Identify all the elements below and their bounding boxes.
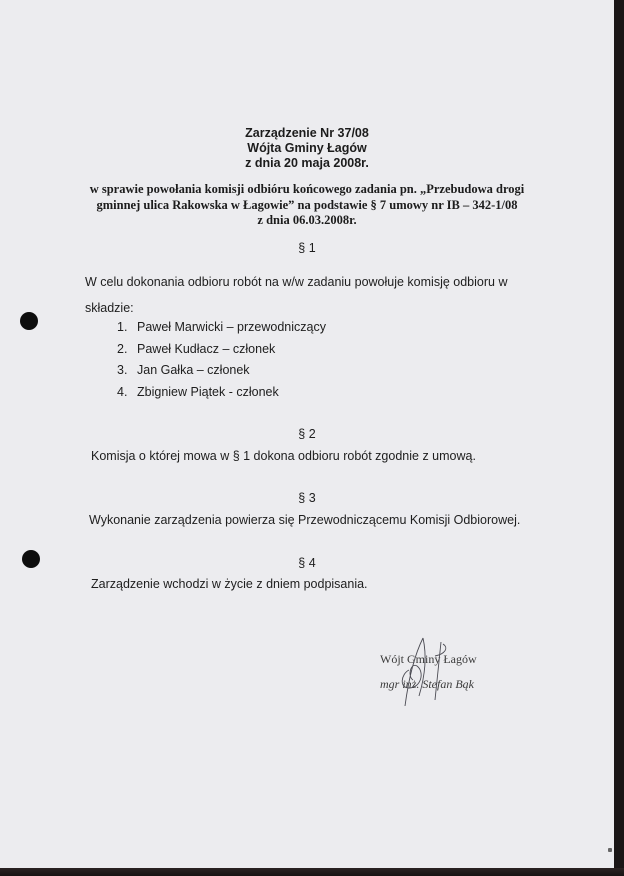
section-3-heading: § 3: [0, 491, 614, 505]
list-number: 3.: [117, 363, 137, 377]
member-name: Zbigniew Piątek - członek: [137, 385, 279, 399]
member-name: Paweł Kudłacz – członek: [137, 342, 275, 356]
member-list-item: 1.Paweł Marwicki – przewodniczący: [117, 320, 326, 334]
scanned-page: Zarządzenie Nr 37/08 Wójta Gminy Łagów z…: [0, 0, 614, 868]
signature-icon: [395, 636, 455, 708]
section-1-heading: § 1: [0, 241, 614, 255]
member-list-item: 4.Zbigniew Piątek - członek: [117, 385, 279, 399]
section-1-text: W celu dokonania odbioru robót na w/w za…: [85, 275, 507, 289]
member-name: Jan Gałka – członek: [137, 363, 250, 377]
section-2-text: Komisja o której mowa w § 1 dokona odbio…: [91, 449, 476, 463]
scan-edge-right: [614, 0, 624, 876]
scan-speck: [608, 848, 612, 852]
member-name: Paweł Marwicki – przewodniczący: [137, 320, 326, 334]
doc-date: z dnia 20 maja 2008r.: [0, 156, 614, 171]
section-4-heading: § 4: [0, 556, 614, 570]
punch-hole-icon: [20, 312, 38, 330]
member-list-item: 2.Paweł Kudłacz – członek: [117, 342, 275, 356]
list-number: 2.: [117, 342, 137, 356]
subject-line-2: gminnej ulica Rakowska w Łagowie” na pod…: [0, 197, 614, 213]
section-3-text: Wykonanie zarządzenia powierza się Przew…: [89, 513, 520, 527]
section-1-text-cont: składzie:: [85, 301, 134, 315]
doc-issuer: Wójta Gminy Łagów: [0, 141, 614, 156]
subject-line-1: w sprawie powołania komisji odbióru końc…: [0, 181, 614, 197]
list-number: 1.: [117, 320, 137, 334]
list-number: 4.: [117, 385, 137, 399]
section-2-heading: § 2: [0, 427, 614, 441]
scan-edge-bottom: [0, 868, 624, 876]
subject-line-3: z dnia 06.03.2008r.: [0, 212, 614, 228]
section-4-text: Zarządzenie wchodzi w życie z dniem podp…: [91, 577, 368, 591]
doc-title: Zarządzenie Nr 37/08: [0, 126, 614, 141]
member-list-item: 3.Jan Gałka – członek: [117, 363, 250, 377]
